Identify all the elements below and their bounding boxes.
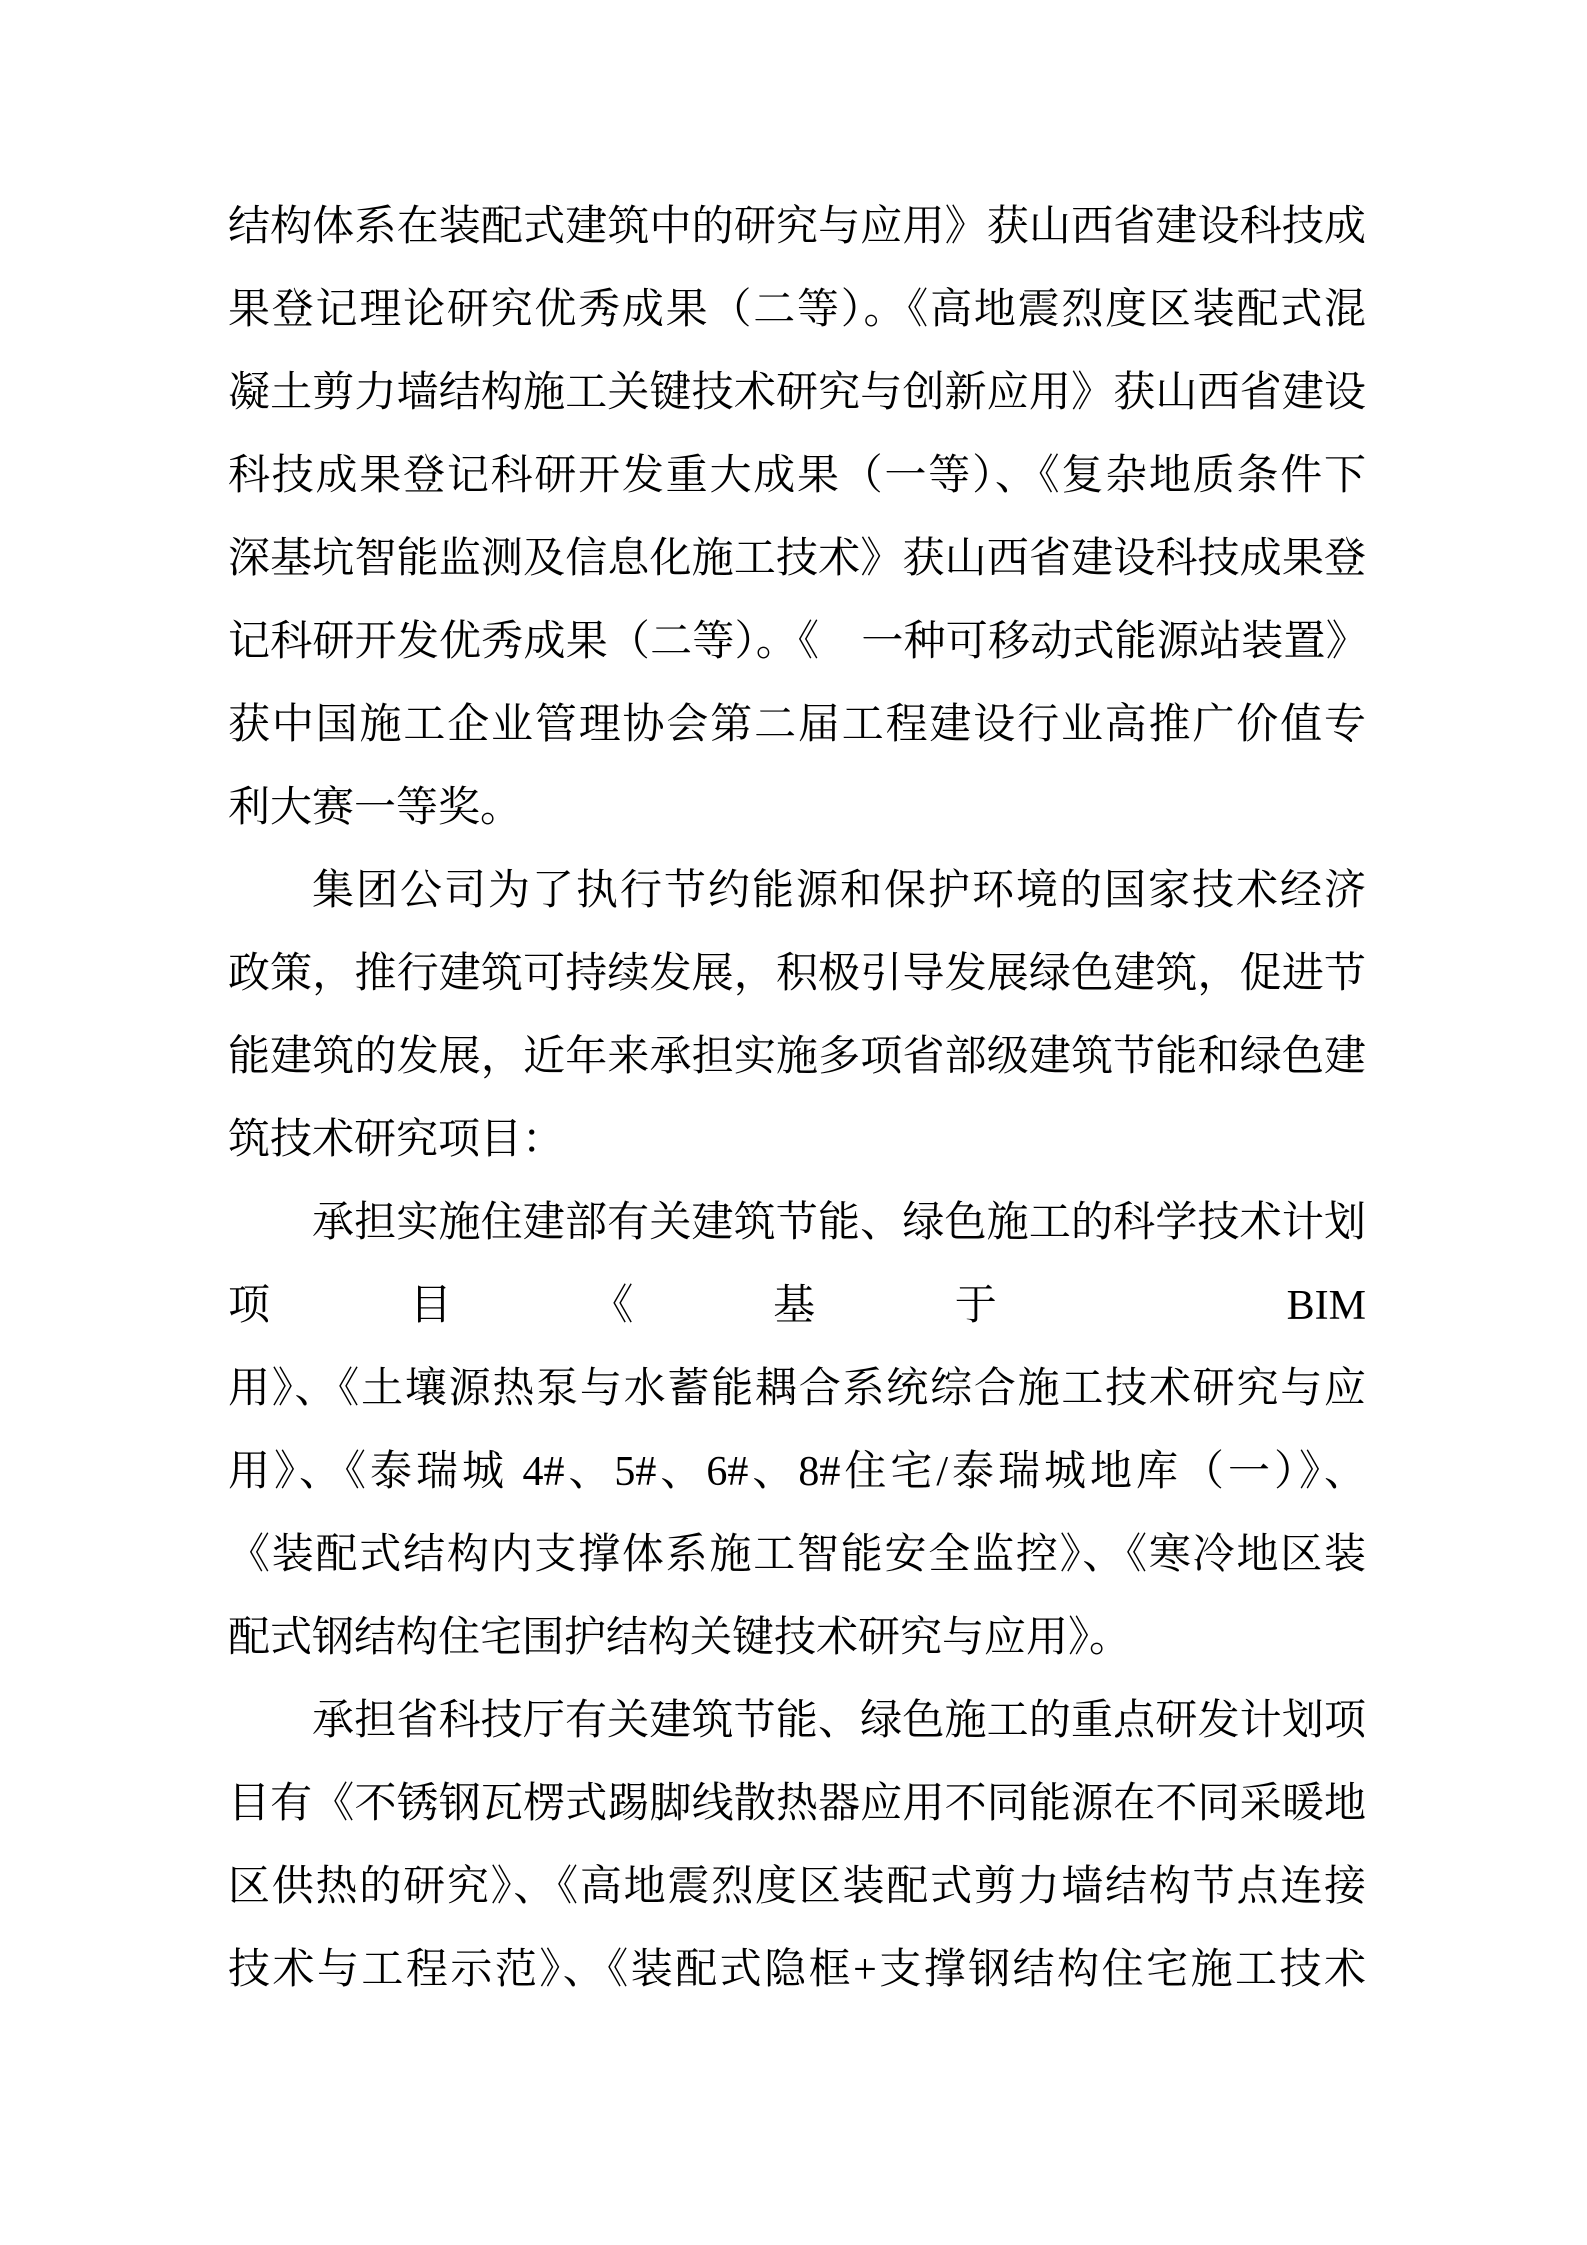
text-line: 承担省科技厅有关建筑节能、绿色施工的重点研发计划项 [228, 1680, 1366, 1763]
text-line: 集团公司为了执行节约能源和保护环境的国家技术经济 [228, 850, 1366, 933]
text-line: 项目《基于 BIM 技术在装配式建筑施工中深化设计的研究与应 [228, 1265, 1366, 1348]
document-page: 结构体系在装配式建筑中的研究与应用》获山西省建设科技成果登记理论研究优秀成果（二… [0, 0, 1587, 2245]
text-line: 凝土剪力墙结构施工关键技术研究与创新应用》获山西省建设 [228, 352, 1366, 435]
text-line: 用》、《土壤源热泵与水蓄能耦合系统综合施工技术研究与应 [228, 1348, 1366, 1431]
text-line: 获中国施工企业管理协会第二届工程建设行业高推广价值专 [228, 684, 1366, 767]
text-line: 用》、《泰瑞城 4#、5#、6#、8#住宅/泰瑞城地库（一）》、 [228, 1431, 1366, 1514]
text-line: 科技成果登记科研开发重大成果（一等）、《复杂地质条件下 [228, 435, 1366, 518]
text-line: 结构体系在装配式建筑中的研究与应用》获山西省建设科技成 [228, 186, 1366, 269]
text-line: 深基坑智能监测及信息化施工技术》获山西省建设科技成果登 [228, 518, 1366, 601]
text-line: 记科研开发优秀成果（二等）。《 一种可移动式能源站装置》 [228, 601, 1366, 684]
text-line: 区供热的研究》、《高地震烈度区装配式剪力墙结构节点连接 [228, 1846, 1366, 1929]
text-line: 果登记理论研究优秀成果（二等）。《高地震烈度区装配式混 [228, 269, 1366, 352]
text-line: 技术与工程示范》、《装配式隐框+支撑钢结构住宅施工技术 [228, 1929, 1366, 2012]
text-line: 筑技术研究项目： [228, 1099, 1366, 1182]
text-line: 能建筑的发展，近年来承担实施多项省部级建筑节能和绿色建 [228, 1016, 1366, 1099]
text-line: 配式钢结构住宅围护结构关键技术研究与应用》。 [228, 1597, 1366, 1680]
text-line: 利大赛一等奖。 [228, 767, 1366, 850]
text-line: 政策，推行建筑可持续发展，积极引导发展绿色建筑，促进节 [228, 933, 1366, 1016]
text-line: 《装配式结构内支撑体系施工智能安全监控》、《寒冷地区装 [228, 1514, 1366, 1597]
text-line: 目有《不锈钢瓦楞式踢脚线散热器应用不同能源在不同采暖地 [228, 1763, 1366, 1846]
text-line: 承担实施住建部有关建筑节能、绿色施工的科学技术计划 [228, 1182, 1366, 1265]
text-block: 结构体系在装配式建筑中的研究与应用》获山西省建设科技成果登记理论研究优秀成果（二… [228, 186, 1366, 2012]
